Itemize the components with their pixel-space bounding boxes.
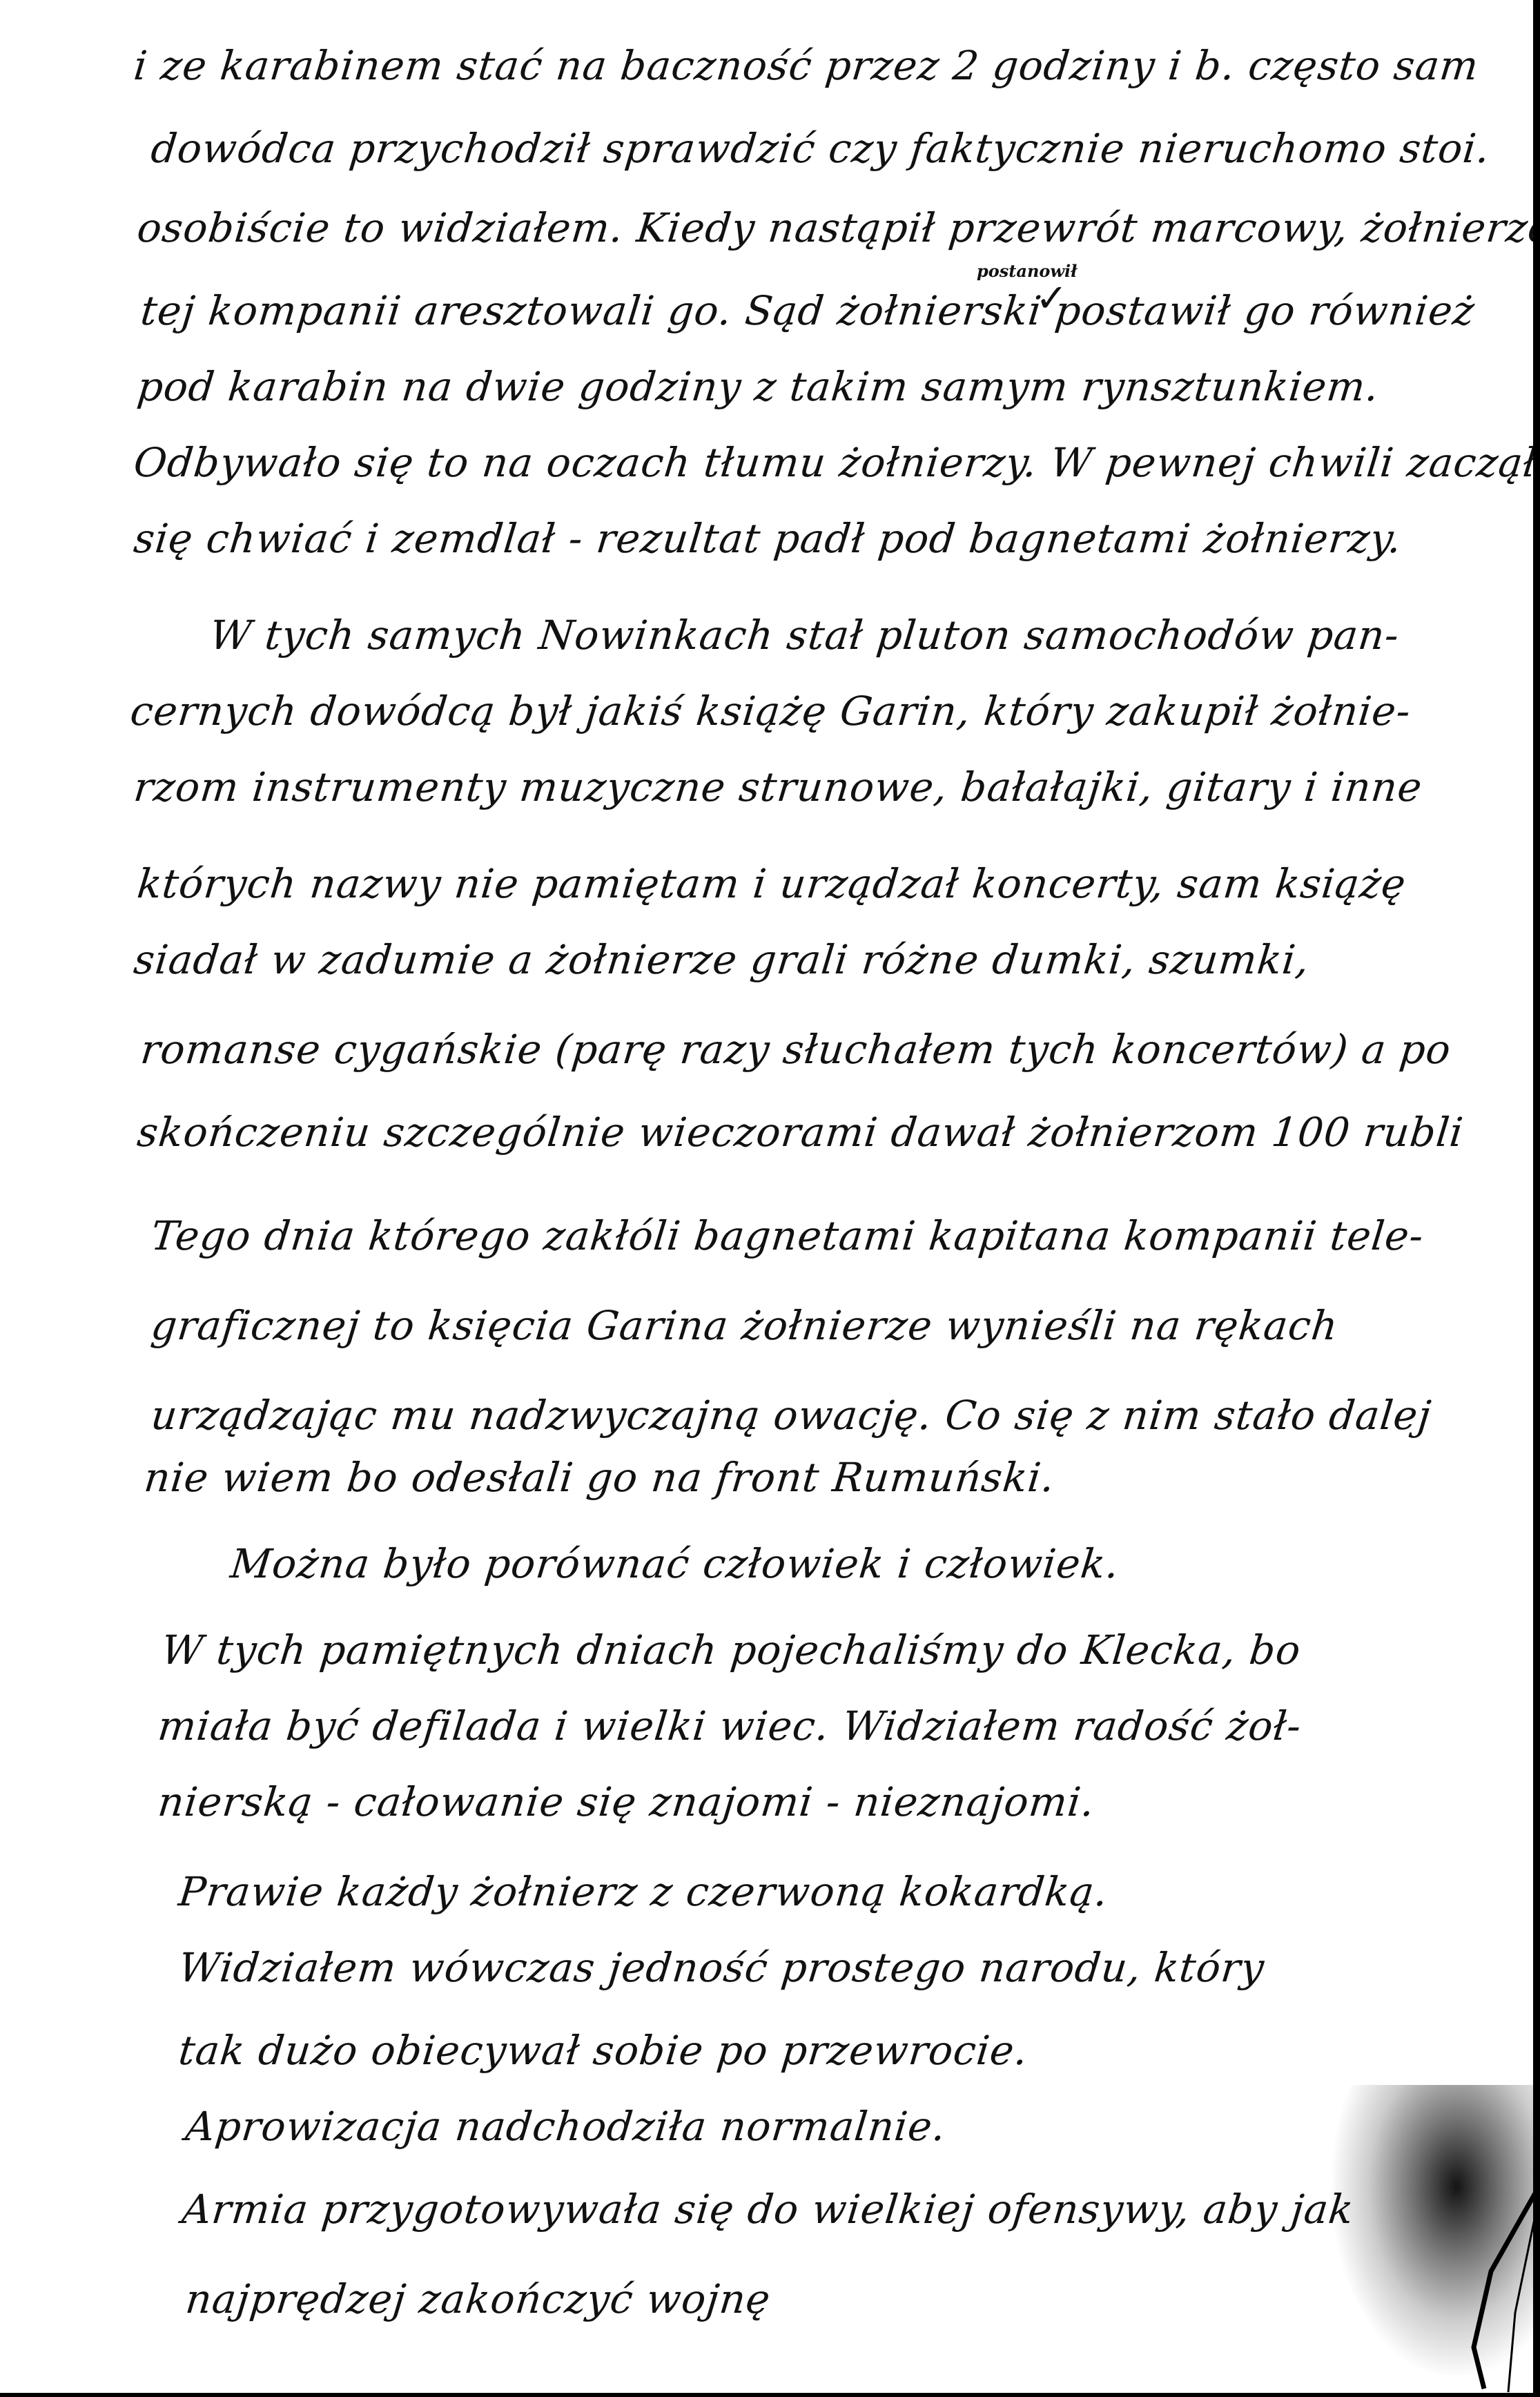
text-line: siadał w zadumie a żołnierze grali różne…	[131, 932, 1312, 987]
scan-border-right	[1533, 0, 1540, 2397]
ink-smudge	[1332, 2085, 1539, 2375]
manuscript-page: i ze karabinem stać na baczność przez 2 …	[0, 0, 1540, 2397]
insertion-caret-icon: ✓	[1035, 276, 1068, 321]
text-line: najprędzej zakończyć wojnę	[183, 2271, 773, 2327]
text-line: romanse cygańskie (parę razy słuchałem t…	[138, 1022, 1454, 1077]
text-line: Można było porównać człowiek i człowiek.	[228, 1536, 1122, 1591]
text-line: nie wiem bo odesłali go na front Rumuńsk…	[142, 1450, 1057, 1505]
text-line: Odbywało się to na oczach tłumu żołnierz…	[131, 435, 1540, 490]
text-line: tak dużo obiecywał sobie po przewrocie.	[176, 2023, 1031, 2078]
text-line: nierską - całowanie się znajomi - niezna…	[155, 1774, 1098, 1830]
text-line: Prawie każdy żołnierz z czerwoną kokardk…	[176, 1864, 1111, 1919]
text-line: skończeniu szczególnie wieczorami dawał …	[135, 1105, 1466, 1160]
text-line: osobiście to widziałem. Kiedy nastąpił p…	[135, 200, 1540, 255]
text-line: graficznej to księcia Garina żołnierze w…	[148, 1298, 1341, 1353]
text-line: miała być defilada i wielki wiec. Widzia…	[155, 1698, 1304, 1754]
text-line: cernych dowódcą był jakiś książę Garin, …	[128, 683, 1414, 739]
text-line: pod karabin na dwie godziny z takim samy…	[135, 359, 1382, 414]
text-line: W tych pamiętnych dniach pojechaliśmy do…	[159, 1622, 1304, 1678]
text-line: Aprowizacja nadchodziła normalnie.	[183, 2099, 949, 2154]
scan-border-bottom	[0, 2393, 1540, 2397]
text-line: których nazwy nie pamiętam i urządzał ko…	[135, 856, 1409, 911]
text-line: i ze karabinem stać na baczność przez 2 …	[131, 38, 1481, 93]
text-line: tej kompanii aresztowali go. Sąd żołnier…	[138, 283, 1478, 338]
text-line: dowódca przychodził sprawdzić czy faktyc…	[148, 121, 1493, 176]
text-line: się chwiać i zemdlał - rezultat padł pod…	[131, 511, 1405, 566]
text-line: rzom instrumenty muzyczne strunowe, bała…	[131, 759, 1425, 815]
page-curl-edge	[1450, 2189, 1539, 2396]
text-line: Tego dnia którego zakłóli bagnetami kapi…	[148, 1208, 1427, 1263]
text-line: W tych samych Nowinkach stał pluton samo…	[207, 608, 1402, 663]
text-line: Widziałem wówczas jedność prostego narod…	[176, 1940, 1267, 1995]
text-line: urządzając mu nadzwyczajną owację. Co si…	[148, 1388, 1434, 1443]
text-line: Armia przygotowywała się do wielkiej ofe…	[179, 2182, 1356, 2237]
